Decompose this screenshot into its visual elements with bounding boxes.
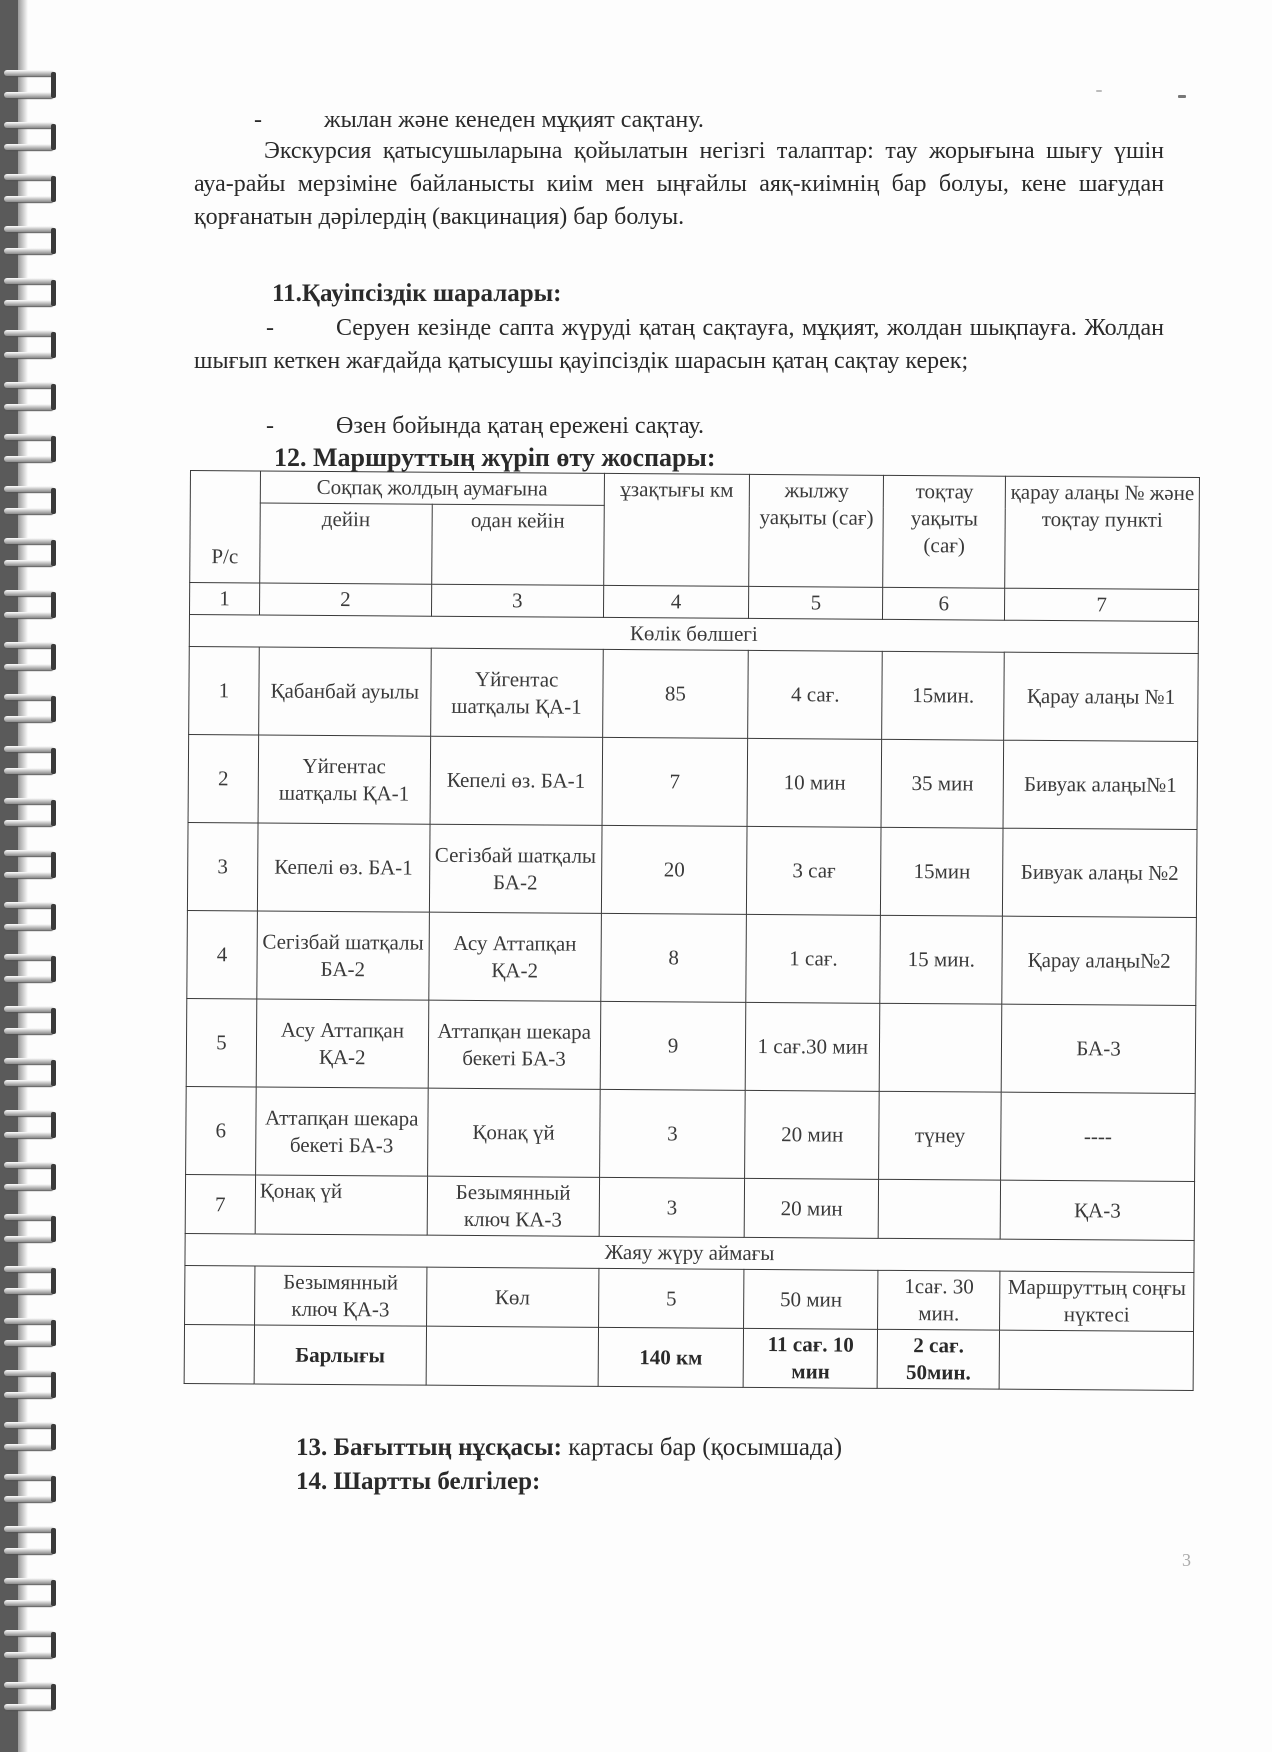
cell-to: Асу Аттапқан ҚА-2 (429, 912, 601, 1001)
cell-moving-time: 20 мин (745, 1178, 879, 1238)
total-stop-time: 2 сағ. 50мин. (877, 1329, 999, 1389)
binding-ring (4, 1266, 56, 1296)
cell-moving-time: 10 мин (747, 738, 881, 827)
cell-to: Безымянный ключ КА-3 (427, 1176, 599, 1236)
cell-distance: 3 (599, 1177, 745, 1237)
section-13-text: картасы бар (қосымшада) (562, 1434, 842, 1461)
table-row: 1Қабанбай ауылыҮйгентас шатқалы ҚА-1854 … (189, 646, 1199, 741)
cell-to: Көл (426, 1267, 598, 1327)
binding-ring (4, 330, 56, 360)
walking-row: Безымянный ключ ҚА-3 Көл 5 50 мин 1сағ. … (185, 1265, 1194, 1331)
binding-ring (4, 538, 56, 568)
cell-from: Сегізбай шатқалы БА-2 (257, 911, 429, 1000)
cell-stop-time (878, 1179, 1000, 1239)
bullet-dash: - (194, 312, 336, 345)
binding-ring (4, 798, 56, 828)
cell-distance: 3 (599, 1089, 745, 1178)
bullet-dash: - (254, 107, 262, 133)
cell-from: Аттапқан шекара бекеті БА-3 (255, 1087, 427, 1176)
cell-distance: 5 (598, 1268, 744, 1328)
cell-distance: 8 (600, 913, 746, 1002)
column-number: 5 (749, 586, 883, 619)
header-viewpoint: қарау алаңы № және тоқтау пункті (1005, 476, 1200, 589)
binding-ring (4, 1682, 56, 1712)
cell-stop-time: 35 мин (881, 739, 1003, 828)
table-row: 7Қонақ үйБезымянный ключ КА-3320 минҚА-3 (185, 1174, 1194, 1240)
cell-from: Үйгентас шатқалы ҚА-1 (258, 735, 430, 824)
header-moving-time: жылжу уақыты (сағ) (749, 474, 884, 587)
cell-moving-time: 1 сағ. (746, 914, 880, 1003)
binding-ring (4, 1162, 56, 1192)
binding-ring (4, 1058, 56, 1088)
section-11-heading: 11.Қауіпсіздік шаралары: (272, 278, 561, 310)
binding-ring (4, 1006, 56, 1036)
cell-stop-time: 15мин (881, 827, 1003, 916)
column-number: 3 (431, 584, 603, 617)
binding-ring (4, 642, 56, 672)
binding-ring (4, 746, 56, 776)
binding-ring (4, 1110, 56, 1140)
binding-ring (4, 1474, 56, 1504)
header-from: дейін (260, 503, 432, 584)
binding-ring (4, 70, 56, 100)
cell-viewpoint: Бивуак алаңы №2 (1003, 828, 1197, 917)
binding-ring (4, 1370, 56, 1400)
requirements-paragraph: Экскурсия қатысушыларына қойылатын негіз… (194, 135, 1164, 234)
binding-ring (4, 954, 56, 984)
cell-distance: 20 (601, 825, 747, 914)
cell-moving-time: 4 сағ. (748, 650, 882, 739)
binding-ring (4, 1318, 56, 1348)
cell-number (184, 1324, 254, 1383)
safety-bullet-2-text: Өзен бойында қатаң ережені сақтау. (336, 413, 704, 439)
cell-moving-time: 20 мин (745, 1090, 879, 1179)
section-13: 13. Бағыттың нұсқасы: картасы бар (қосым… (296, 1432, 842, 1464)
table-row: 3Кепелі өз. БА-1Сегізбай шатқалы БА-2203… (187, 822, 1197, 917)
cell-number: 6 (186, 1086, 256, 1174)
cell-to: Қонақ үй (427, 1088, 599, 1177)
header-stop-time: тоқтау уақыты (сағ) (883, 475, 1006, 588)
cell-number: 5 (186, 998, 256, 1086)
scan-speck (1096, 90, 1102, 92)
page-number: 3 (1182, 1550, 1191, 1571)
safety-bullet-1: -Серуен кезінде сапта жүруді қатаң сақта… (194, 312, 1164, 378)
column-number: 2 (259, 583, 431, 616)
binding-ring (4, 226, 56, 256)
binding-ring (4, 486, 56, 516)
cell-from: Қонақ үй (255, 1175, 427, 1235)
cell-to: Кепелі өз. БА-1 (430, 736, 602, 825)
total-row: Барлығы 140 км 11 сағ. 10 мин 2 сағ. 50м… (184, 1324, 1193, 1390)
total-label: Барлығы (254, 1325, 426, 1385)
binding-ring (4, 174, 56, 204)
cell-to: Аттапқан шекара бекеті БА-3 (428, 1000, 600, 1089)
binding-ring (4, 1214, 56, 1244)
cell-stop-time: түнеу (879, 1091, 1001, 1180)
table-row: 2Үйгентас шатқалы ҚА-1Кепелі өз. БА-1710… (188, 734, 1198, 829)
binding-ring (4, 1578, 56, 1608)
binding-ring (4, 278, 56, 308)
cell-to: Үйгентас шатқалы ҚА-1 (430, 648, 602, 737)
binding-ring (4, 1422, 56, 1452)
column-number: 6 (883, 587, 1005, 620)
cell-from: Асу Аттапқан ҚА-2 (256, 999, 428, 1088)
total-moving-time: 11 сағ. 10 мин (744, 1328, 878, 1388)
cell-to: Сегізбай шатқалы БА-2 (429, 824, 601, 913)
cell-number: 4 (187, 910, 257, 998)
intro-bullet: - жылан және кенеден мұқият сақтану. (254, 104, 704, 136)
cell-stop-time (879, 1003, 1001, 1092)
header-number: Р/с (190, 471, 261, 583)
cell-number: 1 (189, 646, 259, 734)
header-trail-group: Соқпақ жолдың аумағына (260, 471, 604, 505)
cell-viewpoint: Бивуак алаңы№1 (1003, 740, 1197, 829)
binding-ring (4, 382, 56, 412)
safety-bullet-1-text: Серуен кезінде сапта жүруді қатаң сақтау… (194, 315, 1164, 374)
section-13-heading: 13. Бағыттың нұсқасы: (296, 1434, 562, 1461)
table-row: 5Асу Аттапқан ҚА-2Аттапқан шекара бекеті… (186, 998, 1196, 1093)
cell-number (185, 1265, 255, 1324)
header-distance: ұзақтығы км (603, 473, 750, 586)
binding-ring (4, 902, 56, 932)
cell-distance: 7 (602, 737, 748, 826)
cell-distance: 85 (602, 649, 748, 738)
cell-stop-time: 15 мин. (880, 915, 1002, 1004)
binding-ring (4, 434, 56, 464)
section-14-heading: 14. Шартты белгілер: (296, 1466, 540, 1498)
table-row: 6Аттапқан шекара бекеті БА-3Қонақ үй320 … (186, 1086, 1196, 1181)
cell-viewpoint: Қарау алаңы№2 (1002, 916, 1196, 1005)
header-to: одан кейін (431, 504, 603, 585)
binding-ring (4, 1526, 56, 1556)
cell-stop-time: 1сағ. 30 мин. (878, 1270, 1000, 1330)
cell-viewpoint: ---- (1001, 1092, 1195, 1181)
cell-from: Кепелі өз. БА-1 (257, 823, 429, 912)
bullet-dash: - (194, 410, 336, 443)
binding-ring (4, 1630, 56, 1660)
column-number: 7 (1005, 588, 1199, 621)
cell-number: 3 (187, 822, 257, 910)
cell-from: Безымянный ключ ҚА-3 (254, 1266, 426, 1326)
intro-bullet-text: жылан және кенеден мұқият сақтану. (324, 107, 704, 133)
cell-distance: 9 (600, 1001, 746, 1090)
cell-viewpoint: Қарау алаңы №1 (1004, 652, 1198, 741)
cell-moving-time: 3 сағ (747, 826, 881, 915)
route-plan-table: Р/с Соқпақ жолдың аумағына ұзақтығы км ж… (184, 470, 1200, 1391)
cell-moving-time: 50 мин (744, 1269, 878, 1329)
column-number: 4 (603, 585, 749, 618)
spiral-binding-rings (0, 0, 80, 1752)
binding-ring (4, 694, 56, 724)
cell-number: 2 (188, 734, 258, 822)
column-number: 1 (189, 583, 259, 615)
section-12-heading: 12. Маршруттың жүріп өту жоспары: (274, 442, 715, 474)
cell-number: 7 (185, 1174, 255, 1233)
scan-speck (1178, 95, 1186, 98)
cell-to (426, 1326, 598, 1386)
cell-viewpoint: ҚА-3 (1000, 1180, 1194, 1240)
table-row: 4Сегізбай шатқалы БА-2Асу Аттапқан ҚА-28… (187, 910, 1197, 1005)
binding-ring (4, 850, 56, 880)
binding-ring (4, 590, 56, 620)
cell-moving-time: 1 сағ.30 мин (746, 1002, 880, 1091)
binding-ring (4, 122, 56, 152)
cell-from: Қабанбай ауылы (259, 647, 431, 736)
cell-viewpoint: Маршруттың соңғы нүктесі (1000, 1271, 1194, 1331)
total-distance: 140 км (598, 1327, 744, 1387)
cell-stop-time: 15мин. (882, 651, 1004, 740)
safety-bullet-2: -Өзен бойында қатаң ережені сақтау. (194, 410, 1164, 443)
cell-viewpoint (999, 1330, 1193, 1390)
cell-viewpoint: БА-3 (1001, 1004, 1195, 1093)
